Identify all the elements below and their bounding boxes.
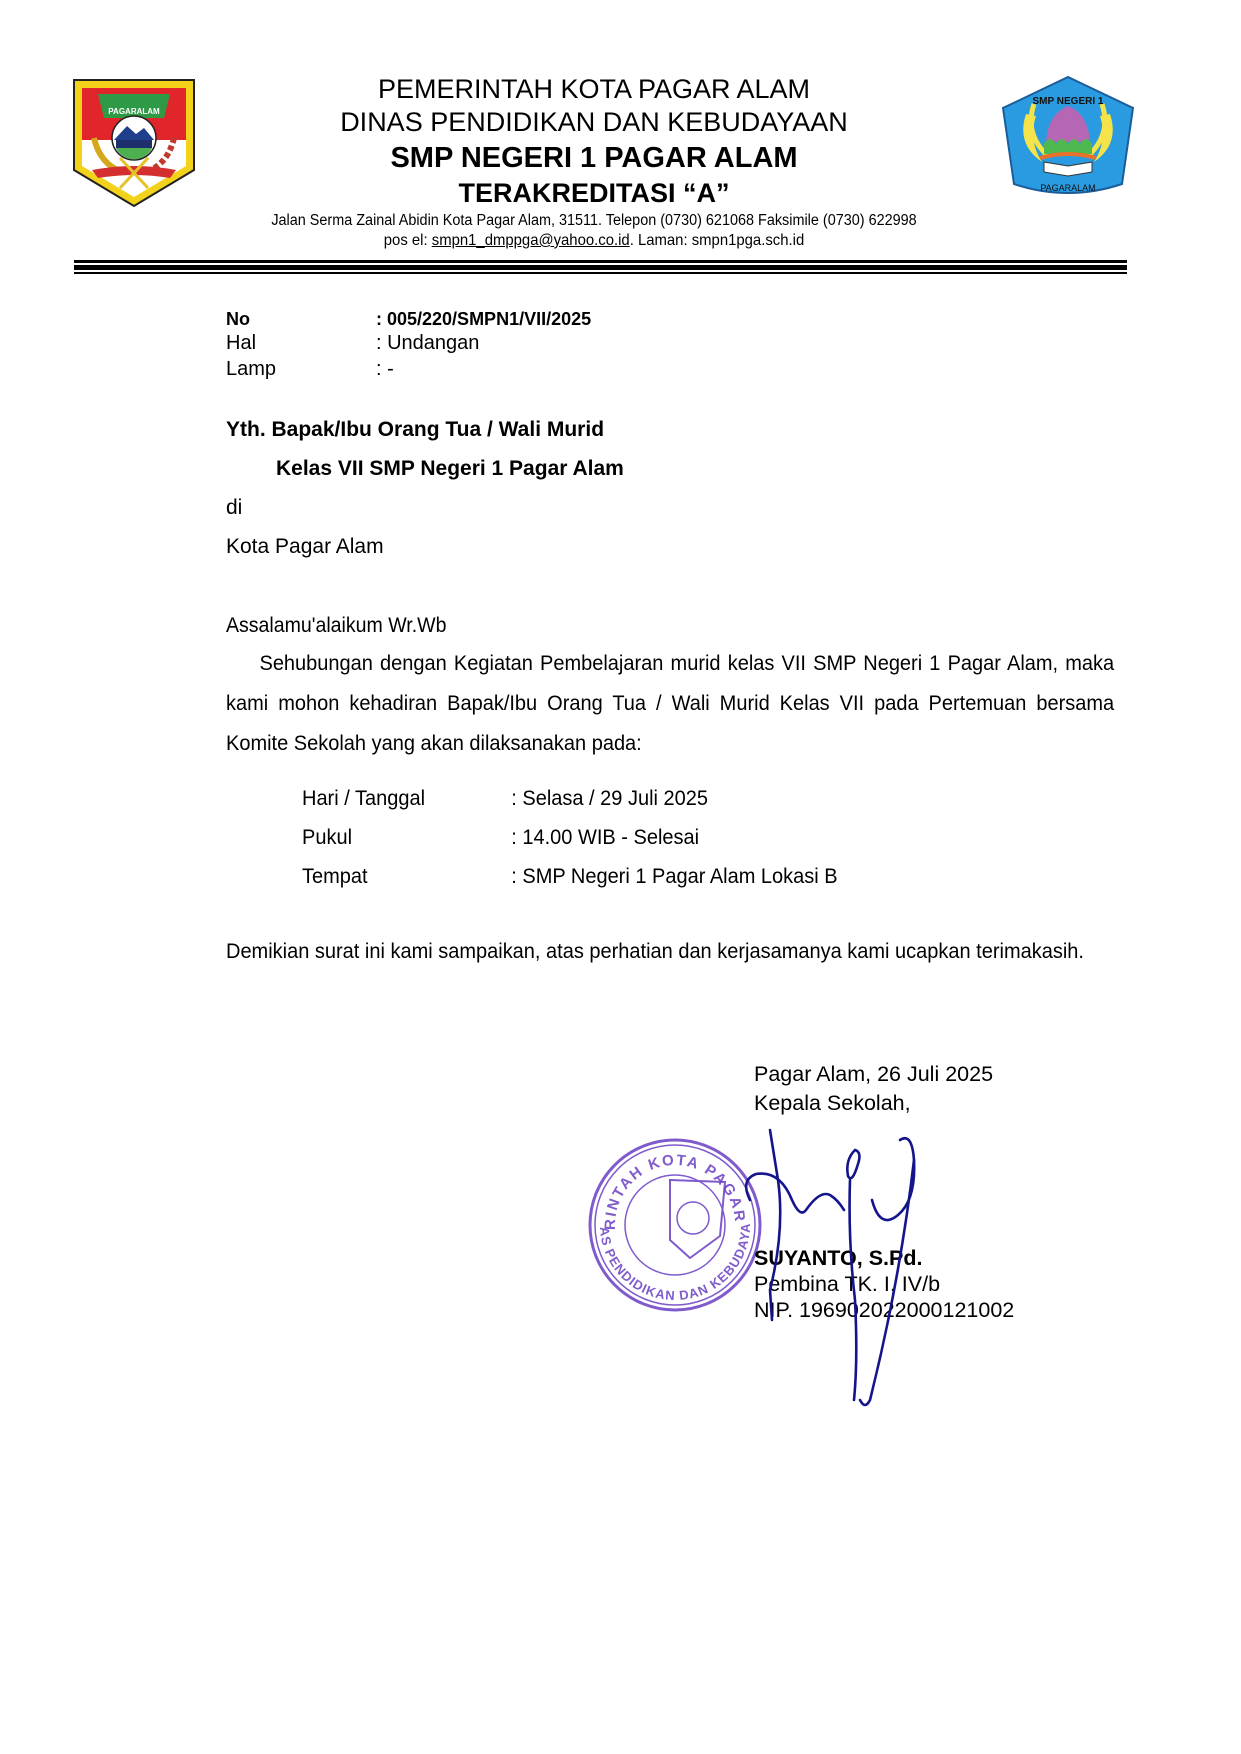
event-detail-value: : Selasa / 29 Juli 2025 xyxy=(511,786,708,810)
signature-place-date: Pagar Alam, 26 Juli 2025 xyxy=(754,1060,993,1088)
government-name: PEMERINTAH KOTA PAGAR ALAM xyxy=(0,74,1188,105)
event-detail-label: Hari / Tanggal xyxy=(302,786,511,811)
event-detail-row: Hari / Tanggal: Selasa / 29 Juli 2025 xyxy=(302,786,708,811)
recipient-city: Kota Pagar Alam xyxy=(226,535,384,559)
event-detail-label: Pukul xyxy=(302,825,511,850)
signature-position: Kepala Sekolah, xyxy=(754,1089,911,1117)
recipient-line-3: di xyxy=(226,496,242,520)
signatory-name: SUYANTO, S.Pd. xyxy=(754,1244,922,1272)
body-paragraph: Sehubungan dengan Kegiatan Pembelajaran … xyxy=(226,643,1114,763)
letter-number-row: No: 005/220/SMPN1/VII/2025 xyxy=(226,306,591,332)
closing-paragraph: Demikian surat ini kami sampaikan, atas … xyxy=(226,931,1114,971)
email-link[interactable]: smpn1_dmppga@yahoo.co.id xyxy=(432,232,630,249)
school-name: SMP NEGERI 1 PAGAR ALAM xyxy=(0,142,1188,175)
attachment-label: Lamp xyxy=(226,356,376,382)
email-label: pos el: xyxy=(384,232,432,249)
event-detail-value: : 14.00 WIB - Selesai xyxy=(511,825,699,849)
header-rule-bottom xyxy=(74,272,1127,274)
letter-number-value: : 005/220/SMPN1/VII/2025 xyxy=(376,309,591,329)
website-text: . Laman: smpn1pga.sch.id xyxy=(630,232,805,249)
header-rule-top xyxy=(74,260,1127,263)
letter-number-label: No xyxy=(226,306,376,332)
subject-label: Hal xyxy=(226,330,376,356)
recipient-line-2: Kelas VII SMP Negeri 1 Pagar Alam xyxy=(276,457,624,481)
subject-value: : Undangan xyxy=(376,332,479,354)
event-detail-label: Tempat xyxy=(302,864,511,889)
event-detail-row: Tempat: SMP Negeri 1 Pagar Alam Lokasi B xyxy=(302,864,838,889)
event-detail-value: : SMP Negeri 1 Pagar Alam Lokasi B xyxy=(511,864,837,888)
signatory-nip: NIP. 196902022000121002 xyxy=(754,1296,1014,1324)
attachment-row: Lamp: - xyxy=(226,356,394,382)
event-detail-row: Pukul: 14.00 WIB - Selesai xyxy=(302,825,699,850)
body-paragraph-text: Sehubungan dengan Kegiatan Pembelajaran … xyxy=(226,651,1114,755)
department-name: DINAS PENDIDIKAN DAN KEBUDAYAAN xyxy=(0,107,1188,138)
greeting: Assalamu'alaikum Wr.Wb xyxy=(226,614,446,638)
school-contact: pos el: smpn1_dmppga@yahoo.co.id. Laman:… xyxy=(42,232,1147,250)
subject-row: Hal: Undangan xyxy=(226,330,479,356)
recipient-line-1: Yth. Bapak/Ibu Orang Tua / Wali Murid xyxy=(226,418,604,442)
school-address: Jalan Serma Zainal Abidin Kota Pagar Ala… xyxy=(42,212,1147,230)
signatory-rank: Pembina TK. I, IV/b xyxy=(754,1270,940,1298)
attachment-value: : - xyxy=(376,358,394,380)
accreditation: TERAKREDITASI “A” xyxy=(0,178,1188,209)
header-rule-thick xyxy=(74,265,1127,270)
